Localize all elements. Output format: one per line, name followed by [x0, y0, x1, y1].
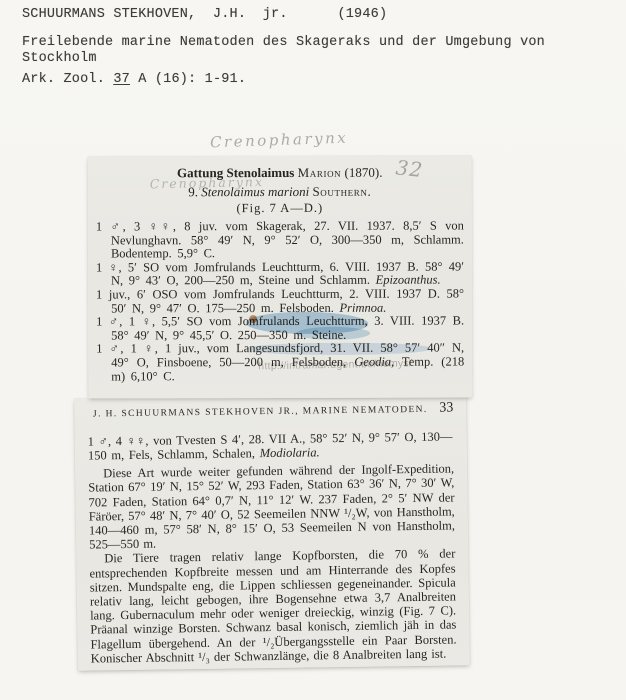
description-paragraph: Die Tiere tragen relativ lange Kopfborst… [89, 547, 457, 666]
typed-citation-block: SCHUURMANS STEKHOVEN, J.H. jr. (1946) Fr… [22, 7, 545, 88]
clipping-page-32: Gattung Stenolaimus Marion (1870). Creno… [88, 155, 473, 398]
citation-title-line-1: Freilebende marine Nematoden des Skagera… [22, 35, 545, 52]
running-header: J. H. SCHUURMANS STEKHOVEN JR., MARINE N… [87, 405, 433, 420]
locality-record: 1 ♂, 1 ♀, 5,5′ SO vom Jomfrulands Leucht… [96, 315, 464, 343]
description-paragraph: Diese Art wurde weiter gefunden während … [88, 462, 455, 552]
clipping-page-33: J. H. SCHUURMANS STEKHOVEN JR., MARINE N… [74, 393, 470, 670]
figure-reference: (Fig. 7 A—D.) [96, 201, 464, 217]
species-author: Southern. [312, 184, 371, 199]
citation-title-line-2: Stockholm [22, 51, 545, 68]
locality-record-container: 1 ♂, 4 ♀♀, von Tvesten S 4′, 28. VII A.,… [88, 429, 454, 464]
journal-volume-underlined: 37 [113, 72, 130, 87]
locality-record: 1 ♂, 1 ♀, 1 juv., vom Langesundsfjord, 3… [96, 342, 464, 384]
description-paragraphs: Diese Art wurde weiter gefunden während … [88, 462, 457, 666]
genus-heading-year: (1870). [341, 165, 382, 180]
running-header-row: J. H. SCHUURMANS STEKHOVEN JR., MARINE N… [87, 400, 453, 421]
journal-pages: A (16): 1-91. [130, 72, 246, 87]
genus-heading-author: Marion [298, 165, 342, 180]
journal-name: Ark. Zool. [22, 72, 113, 87]
locality-record: 1 ♂, 3 ♀♀, 8 juv. vom Skagerak, 27. VII.… [96, 220, 464, 262]
locality-record: 1 ♂, 4 ♀♀, von Tvesten S 4′, 28. VII A.,… [88, 429, 454, 464]
scanned-index-card: SCHUURMANS STEKHOVEN, J.H. jr. (1946) Fr… [0, 0, 626, 700]
locality-record: 1 juv., 6′ OSO vom Jomfrulands Leuchttur… [96, 287, 464, 315]
page-number: 33 [439, 400, 453, 416]
locality-record: 1 ♀, 5′ SO vom Jomfrulands Leuchtturm, 6… [96, 260, 464, 288]
citation-author-year-line: SCHUURMANS STEKHOVEN, J.H. jr. (1946) [22, 7, 545, 24]
pencil-card-number: 32 [395, 155, 425, 182]
pencil-annotation-crenopharynx-overlay: Crenopharynx [150, 174, 264, 191]
citation-journal-line: Ark. Zool. 37 A (16): 1-91. [22, 72, 545, 89]
pencil-annotation-crenopharynx: Crenopharynx [210, 129, 349, 152]
locality-records: 1 ♂, 3 ♀♀, 8 juv. vom Skagerak, 27. VII.… [96, 220, 464, 384]
